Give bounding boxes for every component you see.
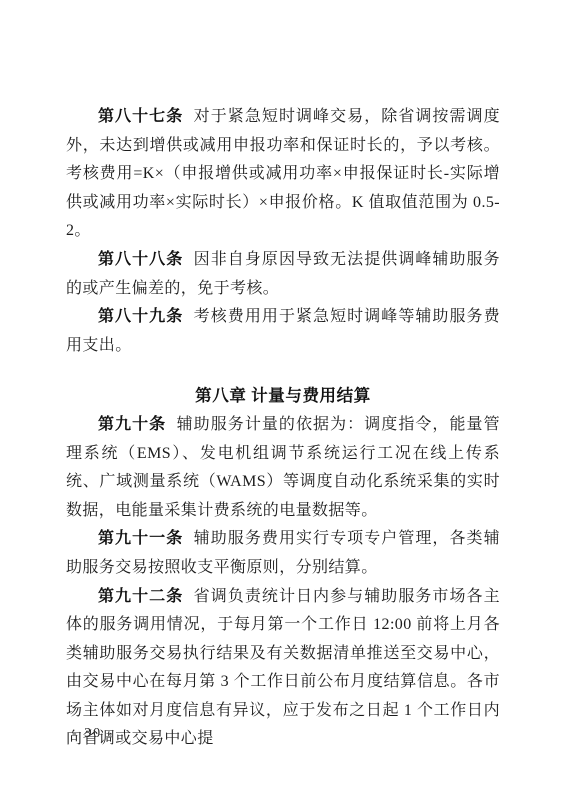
- article-89-number: 第八十九条: [98, 308, 183, 325]
- article-92-number: 第九十二条: [98, 588, 183, 605]
- document-page: 第八十七条对于紧急短时调峰交易，除省调按需调度外，未达到增供或减用申报功率和保证…: [0, 0, 566, 800]
- article-91-paragraph: 第九十一条辅助服务费用实行专项专户管理，各类辅助服务交易按照收支平衡原则，分别结…: [66, 525, 500, 582]
- article-88-number: 第八十八条: [98, 251, 183, 268]
- page-number: - 30 -: [72, 726, 114, 742]
- chapter-heading: 第八章 计量与费用结算: [66, 382, 500, 411]
- article-89-paragraph: 第八十九条考核费用用于紧急短时调峰等辅助服务费用支出。: [66, 303, 500, 360]
- article-87-number: 第八十七条: [98, 108, 183, 125]
- article-91-number: 第九十一条: [98, 530, 183, 547]
- article-88-paragraph: 第八十八条因非自身原因导致无法提供调峰辅助服务的或产生偏差的，免于考核。: [66, 246, 500, 303]
- article-90-number: 第九十条: [98, 416, 166, 433]
- article-87-text: 对于紧急短时调峰交易，除省调按需调度外，未达到增供或减用申报功率和保证时长的，予…: [66, 108, 500, 239]
- document-content: 第八十七条对于紧急短时调峰交易，除省调按需调度外，未达到增供或减用申报功率和保证…: [66, 103, 500, 754]
- article-92-paragraph: 第九十二条省调负责统计日内参与辅助服务市场各主体的服务调用情况，于每月第一个工作…: [66, 583, 500, 755]
- article-87-paragraph: 第八十七条对于紧急短时调峰交易，除省调按需调度外，未达到增供或减用申报功率和保证…: [66, 103, 500, 246]
- article-90-paragraph: 第九十条辅助服务计量的依据为：调度指令，能量管理系统（EMS）、发电机组调节系统…: [66, 411, 500, 525]
- article-92-text: 省调负责统计日内参与辅助服务市场各主体的服务调用情况，于每月第一个工作日 12:…: [66, 588, 500, 748]
